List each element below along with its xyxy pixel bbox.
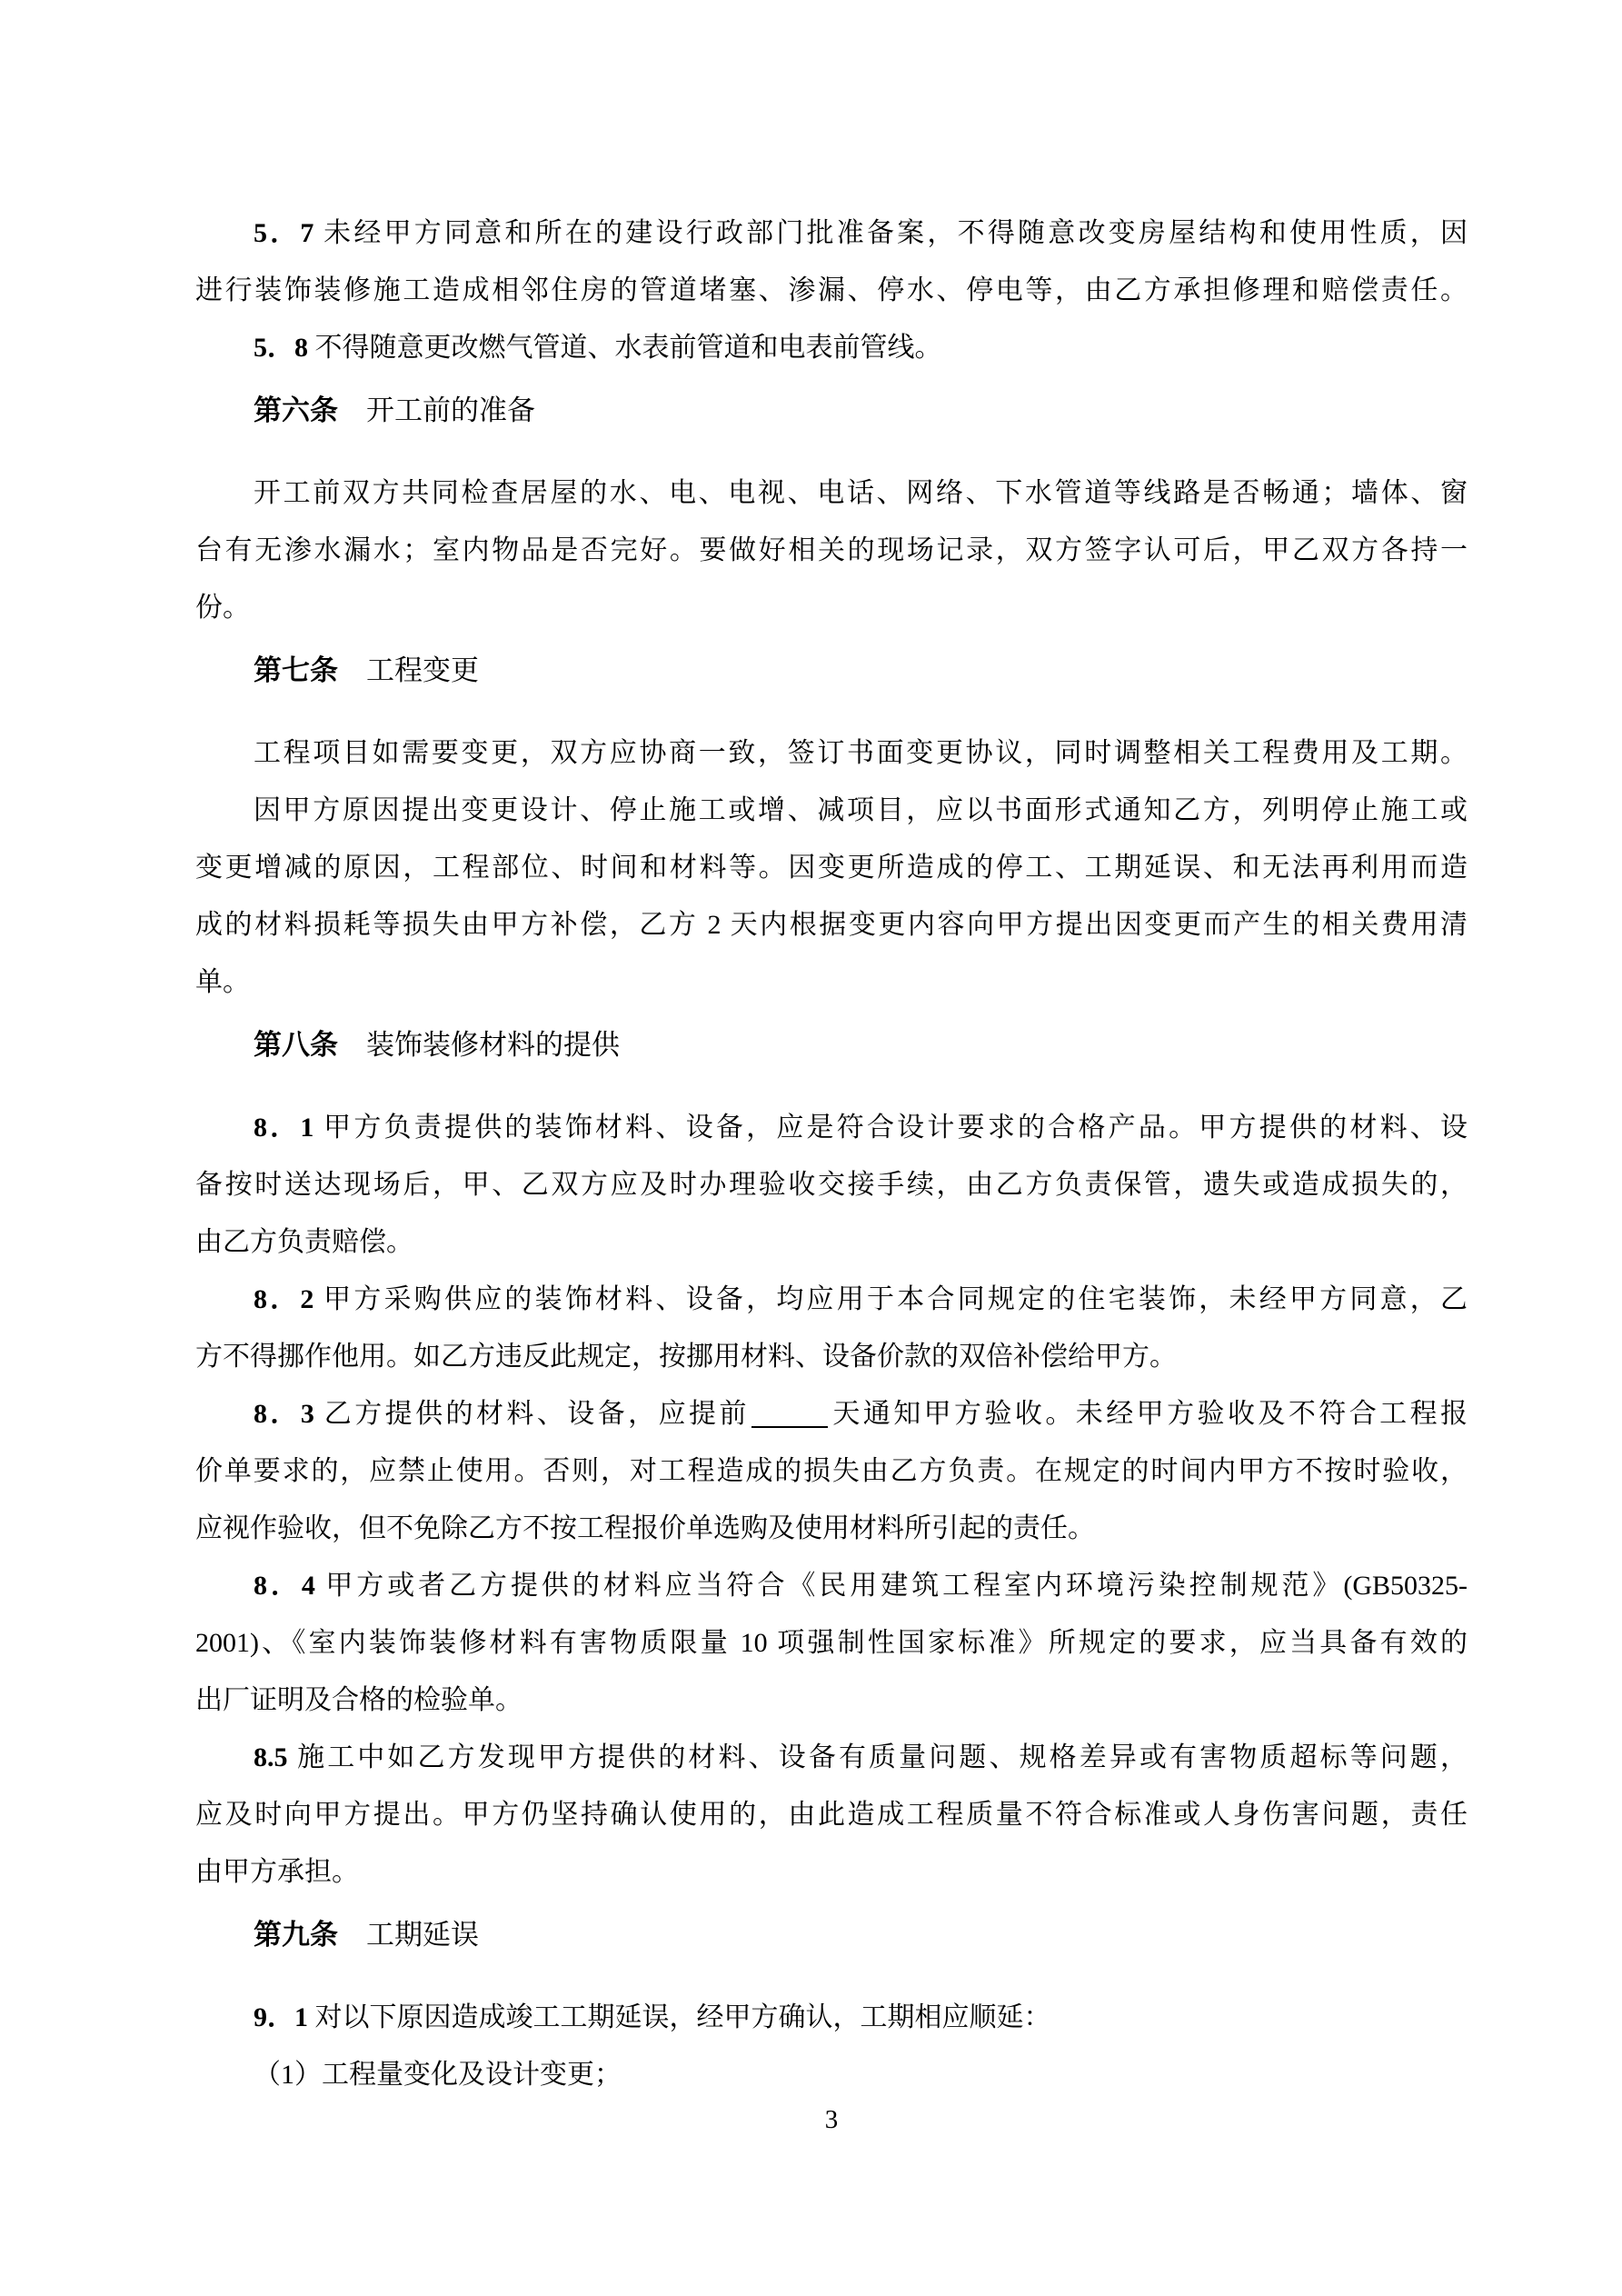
line-text: 由甲方承担。: [195, 1857, 359, 1887]
heading-label: 第七条: [254, 654, 338, 686]
contract-line: 8．3 乙方提供的材料、设备，应提前天通知甲方验收。未经甲方验收及不符合工程报: [195, 1385, 1468, 1442]
section-heading: 第八条 装饰装修材料的提供: [195, 1016, 1468, 1073]
heading-label: 第六条: [254, 394, 338, 426]
contract-body: 5．7 未经甲方同意和所在的建设行政部门批准备案，不得随意改变房屋结构和使用性质…: [195, 205, 1468, 2103]
page-number: 3: [195, 2101, 1468, 2138]
line-text: 因甲方原因提出变更设计、停止施工或增、减项目，应以书面形式通知乙方，列明停止施工…: [254, 795, 1468, 825]
fill-in-blank: [751, 1399, 828, 1428]
contract-line: 因甲方原因提出变更设计、停止施工或增、减项目，应以书面形式通知乙方，列明停止施工…: [195, 782, 1468, 839]
heading-title: 装饰装修材料的提供: [338, 1029, 620, 1061]
document-page: 5．7 未经甲方同意和所在的建设行政部门批准备案，不得随意改变房屋结构和使用性质…: [0, 0, 1622, 2296]
contract-line: 5．7 未经甲方同意和所在的建设行政部门批准备案，不得随意改变房屋结构和使用性质…: [195, 205, 1468, 262]
line-text: 甲方或者乙方提供的材料应当符合《民用建筑工程室内环境污染控制规范》(GB5032…: [315, 1571, 1468, 1601]
contract-line: 8．2 甲方采购供应的装饰材料、设备，均应用于本合同规定的住宅装饰，未经甲方同意…: [195, 1271, 1468, 1328]
line-text: 份。: [195, 593, 250, 623]
clause-number: 8．2: [254, 1284, 313, 1314]
clause-number: 5．7: [254, 218, 313, 248]
line-text: 2001)、《室内装饰装修材料有害物质限量 10 项强制性国家标准》所规定的要求…: [195, 1628, 1468, 1658]
line-text: 对以下原因造成竣工工期延误，经甲方确认，工期相应顺延：: [308, 2002, 1051, 2032]
contract-line: 8．1 甲方负责提供的装饰材料、设备，应是符合设计要求的合格产品。甲方提供的材料…: [195, 1099, 1468, 1156]
line-text: （1）工程量变化及设计变更；: [254, 2060, 622, 2090]
contract-line: 出厂证明及合格的检验单。: [195, 1672, 1468, 1729]
contract-line: 由甲方承担。: [195, 1843, 1468, 1901]
contract-line: 工程项目如需要变更，双方应协商一致，签订书面变更协议，同时调整相关工程费用及工期…: [195, 724, 1468, 782]
contract-line: 变更增减的原因，工程部位、时间和材料等。因变更所造成的停工、工期延误、和无法再利…: [195, 839, 1468, 896]
contract-line: 9．1 对以下原因造成竣工工期延误，经甲方确认，工期相应顺延：: [195, 1989, 1468, 2046]
heading-title: 工期延误: [338, 1919, 479, 1951]
line-text: 台有无渗水漏水；室内物品是否完好。要做好相关的现场记录，双方签字认可后，甲乙双方…: [195, 535, 1468, 565]
contract-line: （1）工程量变化及设计变更；: [195, 2046, 1468, 2103]
line-text: 应及时向甲方提出。甲方仍坚持确认使用的，由此造成工程质量不符合标准或人身伤害问题…: [195, 1800, 1468, 1830]
contract-line: 由乙方负责赔偿。: [195, 1213, 1468, 1271]
line-text: 开工前双方共同检查居屋的水、电、电视、电话、网络、下水管道等线路是否畅通；墙体、…: [254, 478, 1468, 508]
line-text: 成的材料损耗等损失由甲方补偿，乙方 2 天内根据变更内容向甲方提出因变更而产生的…: [195, 910, 1468, 940]
clause-number: 9．1: [254, 2002, 308, 2032]
section-heading: 第七条 工程变更: [195, 642, 1468, 699]
contract-line: 开工前双方共同检查居屋的水、电、电视、电话、网络、下水管道等线路是否畅通；墙体、…: [195, 464, 1468, 522]
line-text: 出厂证明及合格的检验单。: [195, 1685, 522, 1715]
line-text: 单。: [195, 967, 250, 997]
line-text: 施工中如乙方发现甲方提供的材料、设备有质量问题、规格差异或有害物质超标等问题，: [288, 1742, 1468, 1772]
clause-number: 8.5: [254, 1742, 288, 1772]
clause-number: 8．4: [254, 1571, 315, 1601]
contract-line: 2001)、《室内装饰装修材料有害物质限量 10 项强制性国家标准》所规定的要求…: [195, 1614, 1468, 1672]
contract-line: 应视作验收，但不免除乙方不按工程报价单选购及使用材料所引起的责任。: [195, 1500, 1468, 1557]
clause-number: 8．1: [254, 1113, 313, 1143]
line-text: 应视作验收，但不免除乙方不按工程报价单选购及使用材料所引起的责任。: [195, 1513, 1095, 1543]
heading-title: 开工前的准备: [338, 394, 535, 426]
contract-line: 成的材料损耗等损失由甲方补偿，乙方 2 天内根据变更内容向甲方提出因变更而产生的…: [195, 896, 1468, 953]
contract-line: 应及时向甲方提出。甲方仍坚持确认使用的，由此造成工程质量不符合标准或人身伤害问题…: [195, 1786, 1468, 1843]
section-heading: 第六条 开工前的准备: [195, 382, 1468, 439]
contract-line: 方不得挪作他用。如乙方违反此规定，按挪用材料、设备价款的双倍补偿给甲方。: [195, 1328, 1468, 1385]
contract-line: 份。: [195, 579, 1468, 636]
clause-number: 8．3: [254, 1399, 314, 1429]
line-text: 天通知甲方验收。未经甲方验收及不符合工程报: [830, 1399, 1468, 1429]
contract-line: 5．8 不得随意更改燃气管道、水表前管道和电表前管线。: [195, 319, 1468, 376]
line-text: 工程项目如需要变更，双方应协商一致，签订书面变更协议，同时调整相关工程费用及工期…: [254, 738, 1468, 768]
heading-label: 第九条: [254, 1919, 338, 1951]
line-text: 由乙方负责赔偿。: [195, 1227, 413, 1257]
line-text: 方不得挪作他用。如乙方违反此规定，按挪用材料、设备价款的双倍补偿给甲方。: [195, 1342, 1177, 1372]
contract-line: 备按时送达现场后，甲、乙双方应及时办理验收交接手续，由乙方负责保管，遗失或造成损…: [195, 1156, 1468, 1213]
line-text: 进行装饰装修施工造成相邻住房的管道堵塞、渗漏、停水、停电等，由乙方承担修理和赔偿…: [195, 275, 1468, 305]
line-text: 甲方负责提供的装饰材料、设备，应是符合设计要求的合格产品。甲方提供的材料、设: [313, 1113, 1468, 1143]
section-heading: 第九条 工期延误: [195, 1906, 1468, 1963]
line-text: 乙方提供的材料、设备，应提前: [314, 1399, 750, 1429]
contract-line: 价单要求的，应禁止使用。否则，对工程造成的损失由乙方负责。在规定的时间内甲方不按…: [195, 1442, 1468, 1500]
contract-line: 台有无渗水漏水；室内物品是否完好。要做好相关的现场记录，双方签字认可后，甲乙双方…: [195, 522, 1468, 579]
contract-line: 8.5 施工中如乙方发现甲方提供的材料、设备有质量问题、规格差异或有害物质超标等…: [195, 1729, 1468, 1786]
contract-line: 进行装饰装修施工造成相邻住房的管道堵塞、渗漏、停水、停电等，由乙方承担修理和赔偿…: [195, 262, 1468, 319]
line-text: 不得随意更改燃气管道、水表前管道和电表前管线。: [308, 333, 942, 363]
contract-line: 单。: [195, 953, 1468, 1011]
line-text: 未经甲方同意和所在的建设行政部门批准备案，不得随意改变房屋结构和使用性质，因: [313, 218, 1468, 248]
line-text: 价单要求的，应禁止使用。否则，对工程造成的损失由乙方负责。在规定的时间内甲方不按…: [195, 1456, 1468, 1486]
clause-number: 5．8: [254, 333, 308, 363]
heading-label: 第八条: [254, 1029, 338, 1061]
line-text: 备按时送达现场后，甲、乙双方应及时办理验收交接手续，由乙方负责保管，遗失或造成损…: [195, 1170, 1468, 1200]
contract-line: 8．4 甲方或者乙方提供的材料应当符合《民用建筑工程室内环境污染控制规范》(GB…: [195, 1557, 1468, 1614]
line-text: 甲方采购供应的装饰材料、设备，均应用于本合同规定的住宅装饰，未经甲方同意，乙: [313, 1284, 1468, 1314]
line-text: 变更增减的原因，工程部位、时间和材料等。因变更所造成的停工、工期延误、和无法再利…: [195, 853, 1468, 883]
heading-title: 工程变更: [338, 654, 479, 686]
